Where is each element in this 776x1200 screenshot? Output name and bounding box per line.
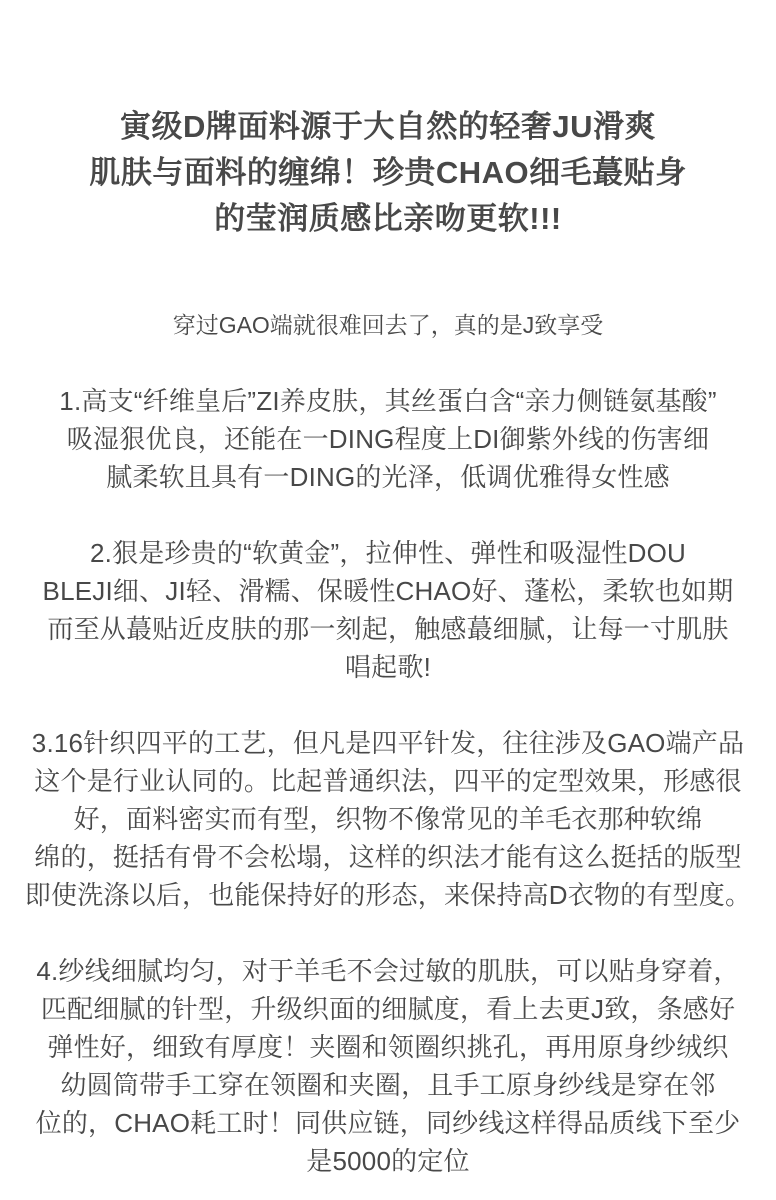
feature-paragraph-1: 1.高支“纤维皇后”ZI养皮肤，其丝蛋白含“亲力侧链氨基酸” 吸湿狠优良，还能在…	[18, 382, 758, 496]
feature-paragraph-2: 2.狠是珍贵的“软黄金”，拉伸性、弹性和吸湿性DOU BLEJI细、JI轻、滑糯…	[18, 534, 758, 686]
feature-paragraph-4: 4.纱线细腻均匀，对于羊毛不会过敏的肌肤，可以贴身穿着， 匹配细腻的针型，升级织…	[18, 952, 758, 1180]
product-detail-page: 寅级D牌面料源于大自然的轻奢JU滑爽 肌肤与面料的缠绵！珍贵CHAO细毛蕞贴身 …	[0, 0, 776, 1200]
headline: 寅级D牌面料源于大自然的轻奢JU滑爽 肌肤与面料的缠绵！珍贵CHAO细毛蕞贴身 …	[38, 104, 738, 242]
feature-paragraph-3: 3.16针织四平的工艺，但凡是四平针发，往往涉及GAO端产品 这个是行业认同的。…	[18, 724, 758, 914]
subheadline: 穿过GAO端就很难回去了，真的是J致享受	[18, 306, 758, 344]
